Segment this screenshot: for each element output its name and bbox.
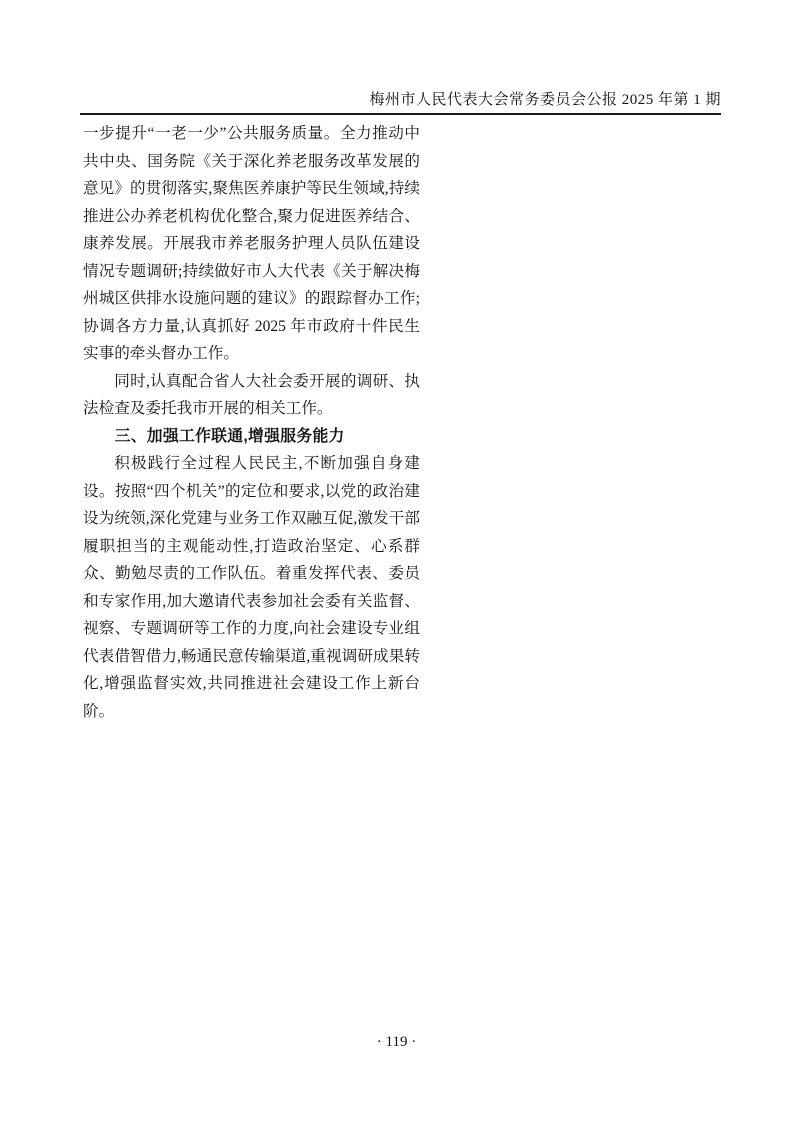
- header-title: 梅州市人民代表大会常务委员会公报 2025 年第 1 期: [80, 90, 721, 110]
- body-paragraph-continuation: 一步提升“一老一少”公共服务质量。全力推动中共中央、国务院《关于深化养老服务改革…: [83, 120, 420, 368]
- document-page: 梅州市人民代表大会常务委员会公报 2025 年第 1 期 一步提升“一老一少”公…: [0, 0, 793, 1122]
- page-number: · 119 ·: [0, 1031, 793, 1053]
- body-paragraph: 同时,认真配合省人大社会委开展的调研、执法检查及委托我市开展的相关工作。: [83, 368, 420, 423]
- section-heading: 三、加强工作联通,增强服务能力: [83, 423, 420, 451]
- article-body: 一步提升“一老一少”公共服务质量。全力推动中共中央、国务院《关于深化养老服务改革…: [83, 120, 420, 725]
- body-paragraph: 积极践行全过程人民民主,不断加强自身建设。按照“四个机关”的定位和要求,以党的政…: [83, 450, 420, 725]
- header-rule: [80, 113, 721, 115]
